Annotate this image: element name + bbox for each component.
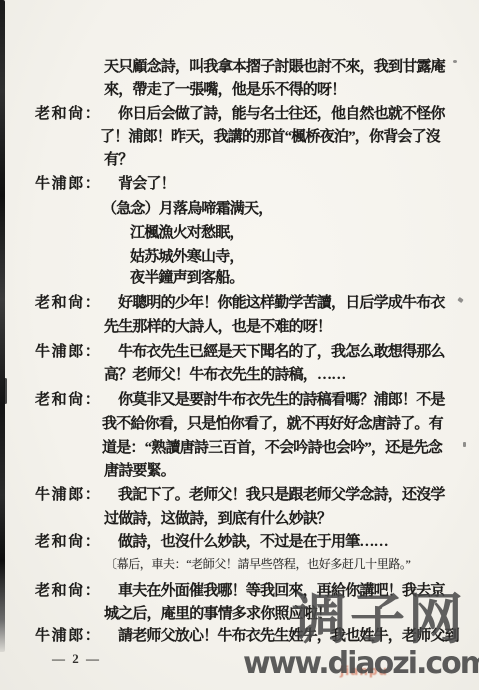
dialogue-text: 你莫非又是要討牛布衣先生的詩稿看嗎？浦郎！不是 <box>118 392 445 408</box>
dialogue-line: 高？老师父！牛布衣先生的詩稿，…… <box>104 363 345 384</box>
stage-direction: 〔幕后，車夫：“老師父！請早些啓程，也好多赶几十里路。” <box>105 555 410 573</box>
speaker-label: 老和尙： <box>35 388 118 409</box>
scan-speck <box>457 297 463 303</box>
watermark-url: www.diaozi.com <box>243 646 479 681</box>
book-spine-shadow <box>0 0 5 652</box>
dialogue-text: 我不給你看，只是怕你看了，就不再好好念唐詩了。有 <box>102 416 443 432</box>
dialogue-line: 老和尙：你莫非又是要討牛布衣先生的詩稿看嗎？浦郎！不是 <box>35 388 445 409</box>
dialogue-line: 牛浦郎：我記下了。老师父！我只是跟老师父学念詩，还沒学 <box>35 483 445 504</box>
scanned-script-page: 天只顧念詩，叫我拿本摺子討賬也討不來，我到甘露庵 來，帶走了一張嘴，他是乐不得的… <box>0 0 479 690</box>
dialogue-text: 做詩，也沒什么妙訣，不过是在于用筆…… <box>118 534 388 550</box>
dialogue-line: 了！浦郎！昨天，我講的那首“楓桥夜泊”，你背会了沒 <box>100 125 440 146</box>
speaker-label: 老和尙： <box>35 579 118 600</box>
dialogue-text: 來，帶走了一張嘴，他是乐不得的呀！ <box>104 82 345 98</box>
dialogue-line: 过做詩，这做詩，到底有什么妙訣？ <box>104 507 331 528</box>
poem-line: （急念）月落烏啼霜满天， <box>102 197 272 218</box>
poem-text: （急念）月落烏啼霜满天， <box>102 201 272 217</box>
poem-line: 姑苏城外寒山寺， <box>130 245 244 266</box>
dialogue-line: 牛浦郎：背会了！ <box>35 172 175 193</box>
dialogue-text: 唐詩要緊。 <box>104 463 175 479</box>
dialogue-line: 老和尙：你日后会做了詩，能与名士往还，他自然也就不怪你 <box>35 102 445 123</box>
speaker-label: 牛浦郎： <box>35 483 118 504</box>
dialogue-text: 过做詩，这做詩，到底有什么妙訣？ <box>104 511 331 527</box>
dialogue-line: 有？ <box>104 148 132 169</box>
dialogue-text: 我記下了。老师父！我只是跟老师父学念詩，还沒学 <box>118 487 445 503</box>
speaker-label: 老和尙： <box>35 102 118 123</box>
dialogue-line: 老和尙：好聰明的少年！你能这样勤学苦讀，日后学成牛布衣 <box>35 291 445 312</box>
dialogue-line: 道是：“熟讀唐詩三百首，不会吟詩也会吟”，还是先念 <box>102 436 442 457</box>
speaker-label: 老和尙： <box>35 530 118 551</box>
page-number: — 2 — <box>52 651 101 667</box>
speaker-label: 老和尙： <box>35 291 118 312</box>
dialogue-text: 天只顧念詩，叫我拿本摺子討賬也討不來，我到甘露庵 <box>104 59 445 75</box>
dialogue-line: 先生那样的大詩人，也是不难的呀！ <box>104 315 331 336</box>
dialogue-text: 高？老师父！牛布衣先生的詩稿，…… <box>104 367 345 383</box>
poem-line: 江楓漁火对愁眠， <box>130 221 244 242</box>
dialogue-line: 唐詩要緊。 <box>104 459 175 480</box>
dialogue-text: 背会了！ <box>118 176 175 192</box>
dialogue-line: 天只顧念詩，叫我拿本摺子討賬也討不來，我到甘露庵 <box>104 55 445 76</box>
poem-text: 姑苏城外寒山寺， <box>130 249 244 265</box>
poem-text: 夜半鐘声到客船。 <box>130 270 244 286</box>
speaker-label: 牛浦郎： <box>35 172 118 193</box>
watermark-site-name: 调子网 <box>292 589 466 650</box>
dialogue-line: 我不給你看，只是怕你看了，就不再好好念唐詩了。有 <box>102 412 443 433</box>
dialogue-line: 老和尙：做詩，也沒什么妙訣，不过是在于用筆…… <box>35 530 388 551</box>
dialogue-text: 道是：“熟讀唐詩三百首，不会吟詩也会吟”，还是先念 <box>102 440 442 456</box>
dialogue-text: 牛布衣先生已經是天下聞名的了，我怎么敢想得那么 <box>118 344 445 360</box>
dialogue-line: 來，帶走了一張嘴，他是乐不得的呀！ <box>104 78 345 99</box>
dialogue-text: 有？ <box>104 152 132 168</box>
dialogue-text: 好聰明的少年！你能这样勤学苦讀，日后学成牛布衣 <box>118 295 445 311</box>
poem-line: 夜半鐘声到客船。 <box>130 266 244 287</box>
dialogue-line: 牛浦郎：牛布衣先生已經是天下聞名的了，我怎么敢想得那么 <box>35 340 445 361</box>
dialogue-text: 了！浦郎！昨天，我講的那首“楓桥夜泊”，你背会了沒 <box>100 129 440 145</box>
speaker-label: 牛浦郎： <box>35 340 118 361</box>
scan-speck <box>463 442 466 447</box>
stage-direction-text: 〔幕后，車夫：“老師父！請早些啓程，也好多赶几十里路。” <box>105 557 410 571</box>
dialogue-text: 你日后会做了詩，能与名士往还，他自然也就不怪你 <box>118 106 445 122</box>
scan-speck <box>453 60 457 63</box>
dialogue-text: 先生那样的大詩人，也是不难的呀！ <box>104 319 331 335</box>
speaker-label: 牛浦郎： <box>35 624 118 645</box>
poem-text: 江楓漁火对愁眠， <box>130 225 244 241</box>
